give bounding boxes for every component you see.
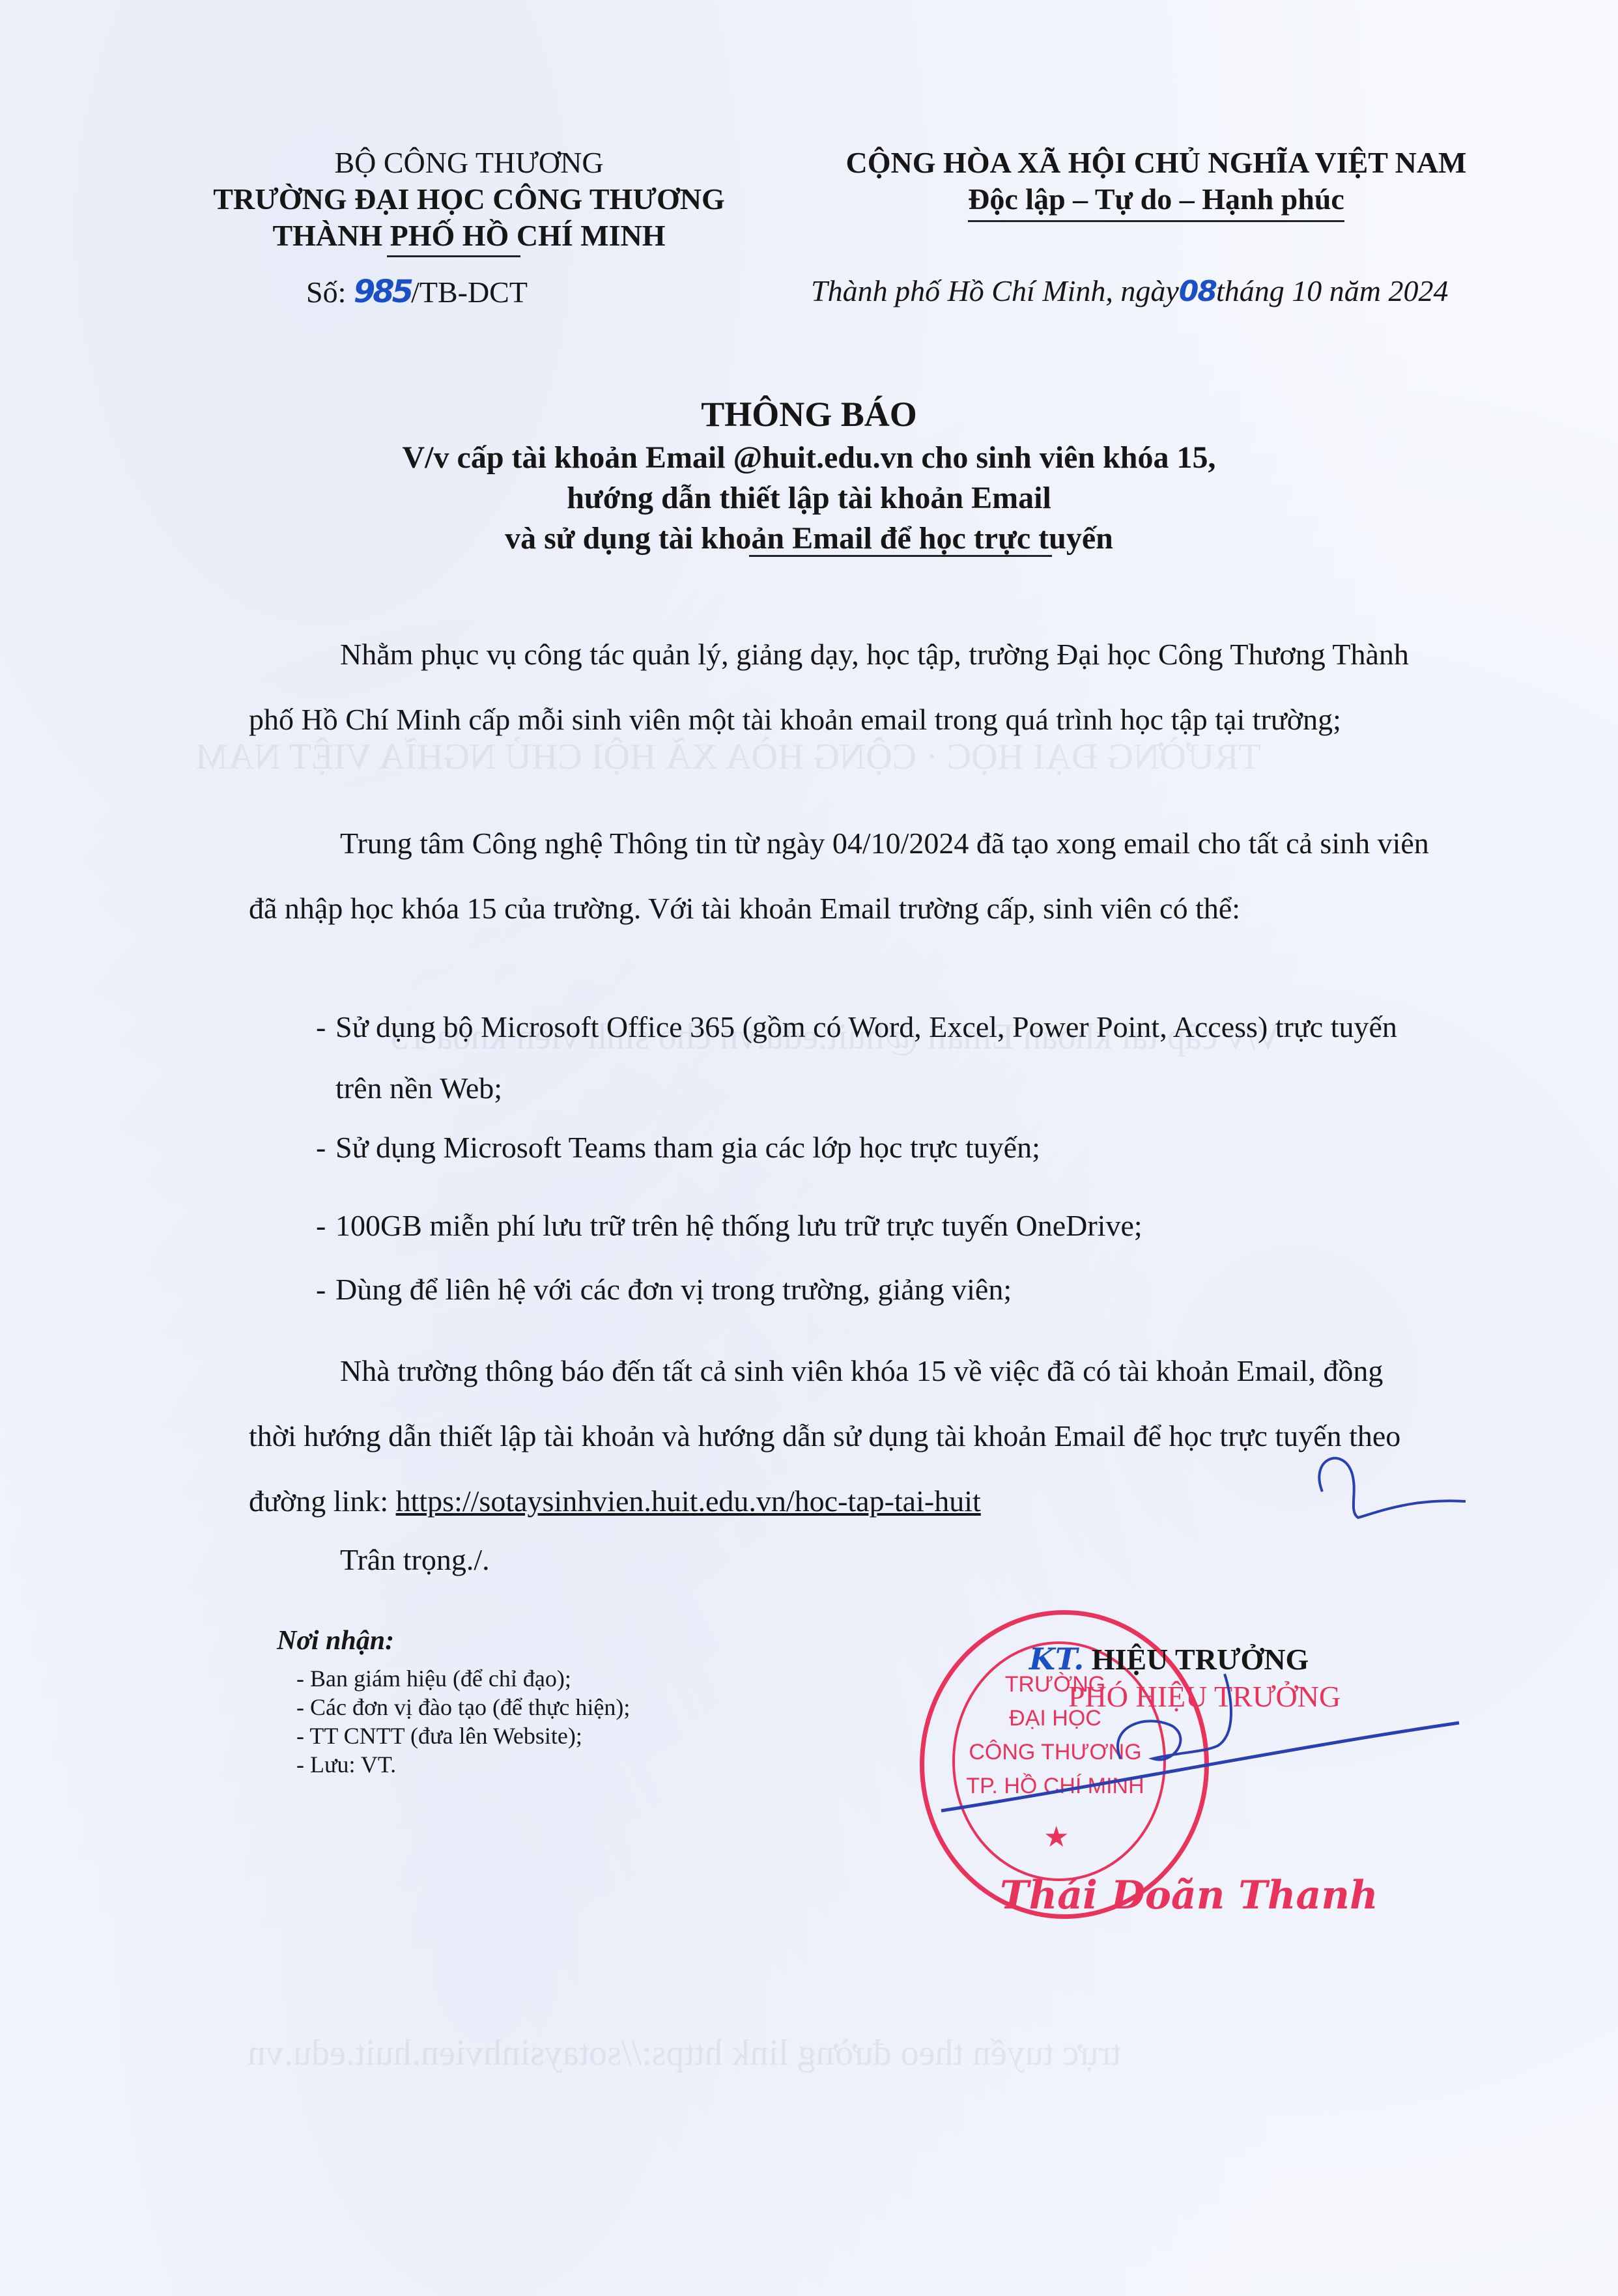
recipient-item: - TT CNTT (đưa lên Website);	[296, 1722, 630, 1750]
signatory-title: KT. HIỆU TRƯỞNG	[1029, 1641, 1309, 1677]
scanned-document-page: TRƯỜNG ĐẠI HỌC · CỘNG HÒA XÃ HỘI CHỦ NGH…	[0, 0, 1618, 2296]
bullet-item: -Sử dụng Microsoft Teams tham gia các lớ…	[335, 1117, 1443, 1178]
title-underline	[749, 555, 1052, 557]
handwritten-number: 985	[354, 274, 411, 310]
national-motto: Độc lập – Tự do – Hạnh phúc	[968, 181, 1344, 222]
bullet-item: -Sử dụng bộ Microsoft Office 365 (gồm có…	[335, 997, 1443, 1119]
school-name-line2: THÀNH PHỐ HỒ CHÍ MINH	[176, 218, 762, 254]
school-name-line1: TRƯỜNG ĐẠI HỌC CÔNG THƯƠNG	[176, 181, 762, 218]
issue-date: Thành phố Hồ Chí Minh, ngày08tháng 10 nă…	[811, 274, 1449, 308]
issuer-header: BỘ CÔNG THƯƠNG TRƯỜNG ĐẠI HỌC CÔNG THƯƠN…	[176, 145, 762, 257]
header-underline	[387, 255, 520, 257]
handwritten-day: 08	[1179, 275, 1216, 308]
nation-name: CỘNG HÒA XÃ HỘI CHỦ NGHĨA VIỆT NAM	[798, 145, 1514, 181]
bleed-through-text: trực tuyến theo đường link https://sotay…	[248, 2032, 1121, 2074]
guide-link[interactable]: https://sotaysinhvien.huit.edu.vn/hoc-ta…	[396, 1484, 981, 1518]
notice-heading: THÔNG BÁO	[0, 391, 1618, 438]
subject-line-1: V/v cấp tài khoản Email @huit.edu.vn cho…	[0, 438, 1618, 478]
recipient-item: - Các đơn vị đào tạo (để thực hiện);	[296, 1693, 630, 1722]
national-header: CỘNG HÒA XÃ HỘI CHỦ NGHĨA VIỆT NAM Độc l…	[798, 145, 1514, 222]
signer-name: Thái Doãn Thanh	[1000, 1873, 1378, 1918]
recipients-title: Nơi nhận:	[277, 1625, 394, 1656]
body-paragraph-1: Nhằm phục vụ công tác quản lý, giảng dạy…	[249, 622, 1434, 752]
star-icon: ★	[1043, 1821, 1069, 1854]
closing-phrase: Trân trọng./.	[340, 1542, 490, 1577]
vice-rector-title: PHÓ HIỆU TRƯỞNG	[1068, 1679, 1341, 1714]
bullet-item: -Dùng để liên hệ với các đơn vị trong tr…	[335, 1259, 1443, 1320]
notice-title-block: THÔNG BÁO V/v cấp tài khoản Email @huit.…	[0, 391, 1618, 561]
subject-line-2: hướng dẫn thiết lập tài khoản Email	[0, 478, 1618, 518]
ministry-name: BỘ CÔNG THƯƠNG	[176, 145, 762, 181]
recipient-item: - Ban giám hiệu (để chỉ đạo);	[296, 1664, 630, 1693]
body-paragraph-3: Nhà trường thông báo đến tất cả sinh viê…	[249, 1339, 1434, 1534]
recipients-list: - Ban giám hiệu (để chỉ đạo); - Các đơn …	[296, 1664, 630, 1779]
recipient-item: - Lưu: VT.	[296, 1750, 630, 1779]
handwritten-kt: KT.	[1029, 1641, 1084, 1677]
subject-line-3: và sử dụng tài khoản Email để học trực t…	[0, 518, 1618, 559]
body-paragraph-2: Trung tâm Công nghệ Thông tin từ ngày 04…	[249, 811, 1434, 941]
bullet-item: -100GB miễn phí lưu trữ trên hệ thống lư…	[335, 1195, 1443, 1256]
document-number: Số: 985/TB-DCT	[306, 274, 528, 310]
